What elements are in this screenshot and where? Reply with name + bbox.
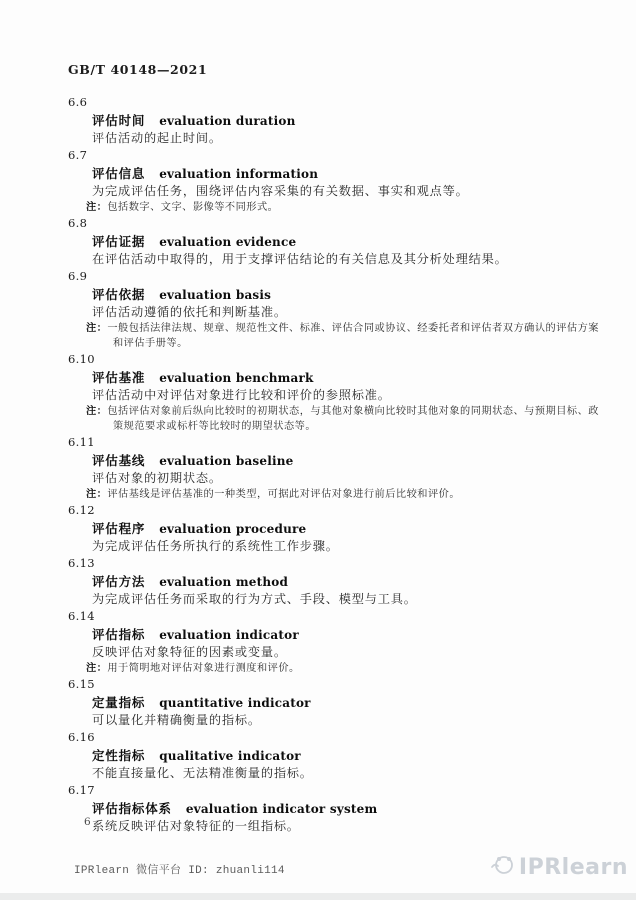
- term-definition: 系统反映评估对象特征的一组指标。: [68, 818, 572, 835]
- iprlearn-logo-icon: [489, 852, 515, 882]
- term-definition: 在评估活动中取得的，用于支撑评估结论的有关信息及其分析处理结果。: [68, 251, 572, 268]
- term-definition: 评估活动中对评估对象进行比较和评价的参照标准。: [68, 387, 572, 404]
- note-label: 注：: [86, 488, 107, 500]
- section-number: 6.7: [68, 147, 572, 164]
- section-number: 6.9: [68, 268, 572, 285]
- term-english: qualitative indicator: [159, 749, 301, 763]
- iprlearn-logo: IPRlearn: [489, 852, 628, 882]
- term-section: 6.10 评估基准evaluation benchmark 评估活动中对评估对象…: [68, 351, 572, 434]
- term-line: 评估基准evaluation benchmark: [68, 368, 572, 387]
- note-label: 注：: [86, 662, 107, 674]
- term-definition: 评估活动的起止时间。: [68, 130, 572, 147]
- term-line: 评估时间evaluation duration: [68, 111, 572, 130]
- note-text: 用于简明地对评估对象进行测度和评价。: [107, 663, 299, 674]
- term-chinese: 评估依据: [92, 287, 145, 302]
- term-note: 注：包括数字、文字、影像等不同形式。: [86, 200, 599, 215]
- note-label: 注：: [86, 322, 107, 334]
- page-number: 6: [84, 816, 91, 828]
- section-number: 6.6: [68, 94, 572, 111]
- term-english: evaluation benchmark: [159, 371, 313, 385]
- term-english: evaluation indicator system: [186, 802, 378, 816]
- term-line: 评估程序evaluation procedure: [68, 519, 572, 538]
- term-english: evaluation evidence: [159, 235, 296, 249]
- term-line: 评估指标体系evaluation indicator system: [68, 799, 572, 818]
- term-section: 6.8 评估证据evaluation evidence 在评估活动中取得的，用于…: [68, 215, 572, 268]
- term-chinese: 评估基准: [92, 370, 145, 385]
- term-english: evaluation procedure: [159, 522, 306, 536]
- term-section: 6.11 评估基线evaluation baseline 评估对象的初期状态。 …: [68, 434, 572, 502]
- term-line: 评估基线evaluation baseline: [68, 451, 572, 470]
- term-section: 6.12 评估程序evaluation procedure 为完成评估任务所执行…: [68, 502, 572, 555]
- term-line: 评估证据evaluation evidence: [68, 232, 572, 251]
- term-chinese: 定性指标: [92, 748, 145, 763]
- term-section: 6.14 评估指标evaluation indicator 反映评估对象特征的因…: [68, 608, 572, 676]
- term-chinese: 评估指标: [92, 627, 145, 642]
- term-english: evaluation duration: [159, 114, 295, 128]
- term-english: evaluation indicator: [159, 628, 299, 642]
- term-definition: 不能直接量化、无法精准衡量的指标。: [68, 765, 572, 782]
- term-section: 6.17 评估指标体系evaluation indicator system 系…: [68, 782, 572, 835]
- term-line: 评估方法evaluation method: [68, 572, 572, 591]
- term-english: evaluation basis: [159, 288, 271, 302]
- section-number: 6.17: [68, 782, 572, 799]
- term-section: 6.15 定量指标quantitative indicator 可以量化并精确衡…: [68, 676, 572, 729]
- term-section: 6.9 评估依据evaluation basis 评估活动遵循的依托和判断基准。…: [68, 268, 572, 351]
- section-number: 6.13: [68, 555, 572, 572]
- term-chinese: 定量指标: [92, 695, 145, 710]
- section-number: 6.14: [68, 608, 572, 625]
- term-note: 注：用于简明地对评估对象进行测度和评价。: [86, 661, 599, 676]
- term-chinese: 评估方法: [92, 574, 145, 589]
- iprlearn-logo-text: IPRlearn: [519, 855, 628, 880]
- note-text: 一般包括法律法规、规章、规范性文件、标准、评估合同或协议、经委托者和评估者双方确…: [107, 323, 599, 349]
- term-chinese: 评估证据: [92, 234, 145, 249]
- term-english: quantitative indicator: [159, 696, 311, 710]
- term-note: 注：包括评估对象前后纵向比较时的初期状态，与其他对象横向比较时其他对象的同期状态…: [86, 404, 599, 434]
- term-chinese: 评估指标体系: [92, 801, 172, 816]
- standard-number-header: GB/T 40148—2021: [68, 62, 207, 77]
- term-section: 6.13 评估方法evaluation method 为完成评估任务而采取的行为…: [68, 555, 572, 608]
- section-number: 6.11: [68, 434, 572, 451]
- note-label: 注：: [86, 201, 107, 213]
- document-page: GB/T 40148—2021 6.6 评估时间evaluation durat…: [0, 0, 636, 900]
- term-section: 6.7 评估信息evaluation information 为完成评估任务，围…: [68, 147, 572, 215]
- term-note: 注：评估基线是评估基准的一种类型，可据此对评估对象进行前后比较和评价。: [86, 487, 599, 502]
- note-text: 包括数字、文字、影像等不同形式。: [107, 202, 278, 213]
- note-label: 注：: [86, 405, 107, 417]
- term-english: evaluation method: [159, 575, 288, 589]
- section-number: 6.16: [68, 729, 572, 746]
- term-chinese: 评估程序: [92, 521, 145, 536]
- sections: 6.6 评估时间evaluation duration 评估活动的起止时间。 6…: [68, 94, 572, 835]
- term-line: 评估信息evaluation information: [68, 164, 572, 183]
- term-line: 评估依据evaluation basis: [68, 285, 572, 304]
- term-chinese: 评估时间: [92, 113, 145, 128]
- term-line: 定量指标quantitative indicator: [68, 693, 572, 712]
- scan-edge-band: [0, 893, 636, 900]
- term-section: 6.16 定性指标qualitative indicator 不能直接量化、无法…: [68, 729, 572, 782]
- term-line: 评估指标evaluation indicator: [68, 625, 572, 644]
- term-chinese: 评估信息: [92, 166, 145, 181]
- term-definition: 评估活动遵循的依托和判断基准。: [68, 304, 572, 321]
- term-definition: 为完成评估任务，围绕评估内容采集的有关数据、事实和观点等。: [68, 183, 572, 200]
- term-section: 6.6 评估时间evaluation duration 评估活动的起止时间。: [68, 94, 572, 147]
- term-definition: 评估对象的初期状态。: [68, 470, 572, 487]
- term-definition: 为完成评估任务所执行的系统性工作步骤。: [68, 538, 572, 555]
- term-definition: 可以量化并精确衡量的指标。: [68, 712, 572, 729]
- watermark-footer-text: IPRlearn 微信平台 ID: zhuanli114: [74, 861, 285, 877]
- term-english: evaluation information: [159, 167, 318, 181]
- term-line: 定性指标qualitative indicator: [68, 746, 572, 765]
- section-number: 6.8: [68, 215, 572, 232]
- note-text: 包括评估对象前后纵向比较时的初期状态，与其他对象横向比较时其他对象的同期状态、与…: [107, 406, 599, 432]
- section-number: 6.15: [68, 676, 572, 693]
- note-text: 评估基线是评估基准的一种类型，可据此对评估对象进行前后比较和评价。: [107, 489, 460, 500]
- section-number: 6.10: [68, 351, 572, 368]
- term-note: 注：一般包括法律法规、规章、规范性文件、标准、评估合同或协议、经委托者和评估者双…: [86, 321, 599, 351]
- term-definition: 为完成评估任务而采取的行为方式、手段、模型与工具。: [68, 591, 572, 608]
- term-chinese: 评估基线: [92, 453, 145, 468]
- section-number: 6.12: [68, 502, 572, 519]
- term-english: evaluation baseline: [159, 454, 293, 468]
- term-definition: 反映评估对象特征的因素或变量。: [68, 644, 572, 661]
